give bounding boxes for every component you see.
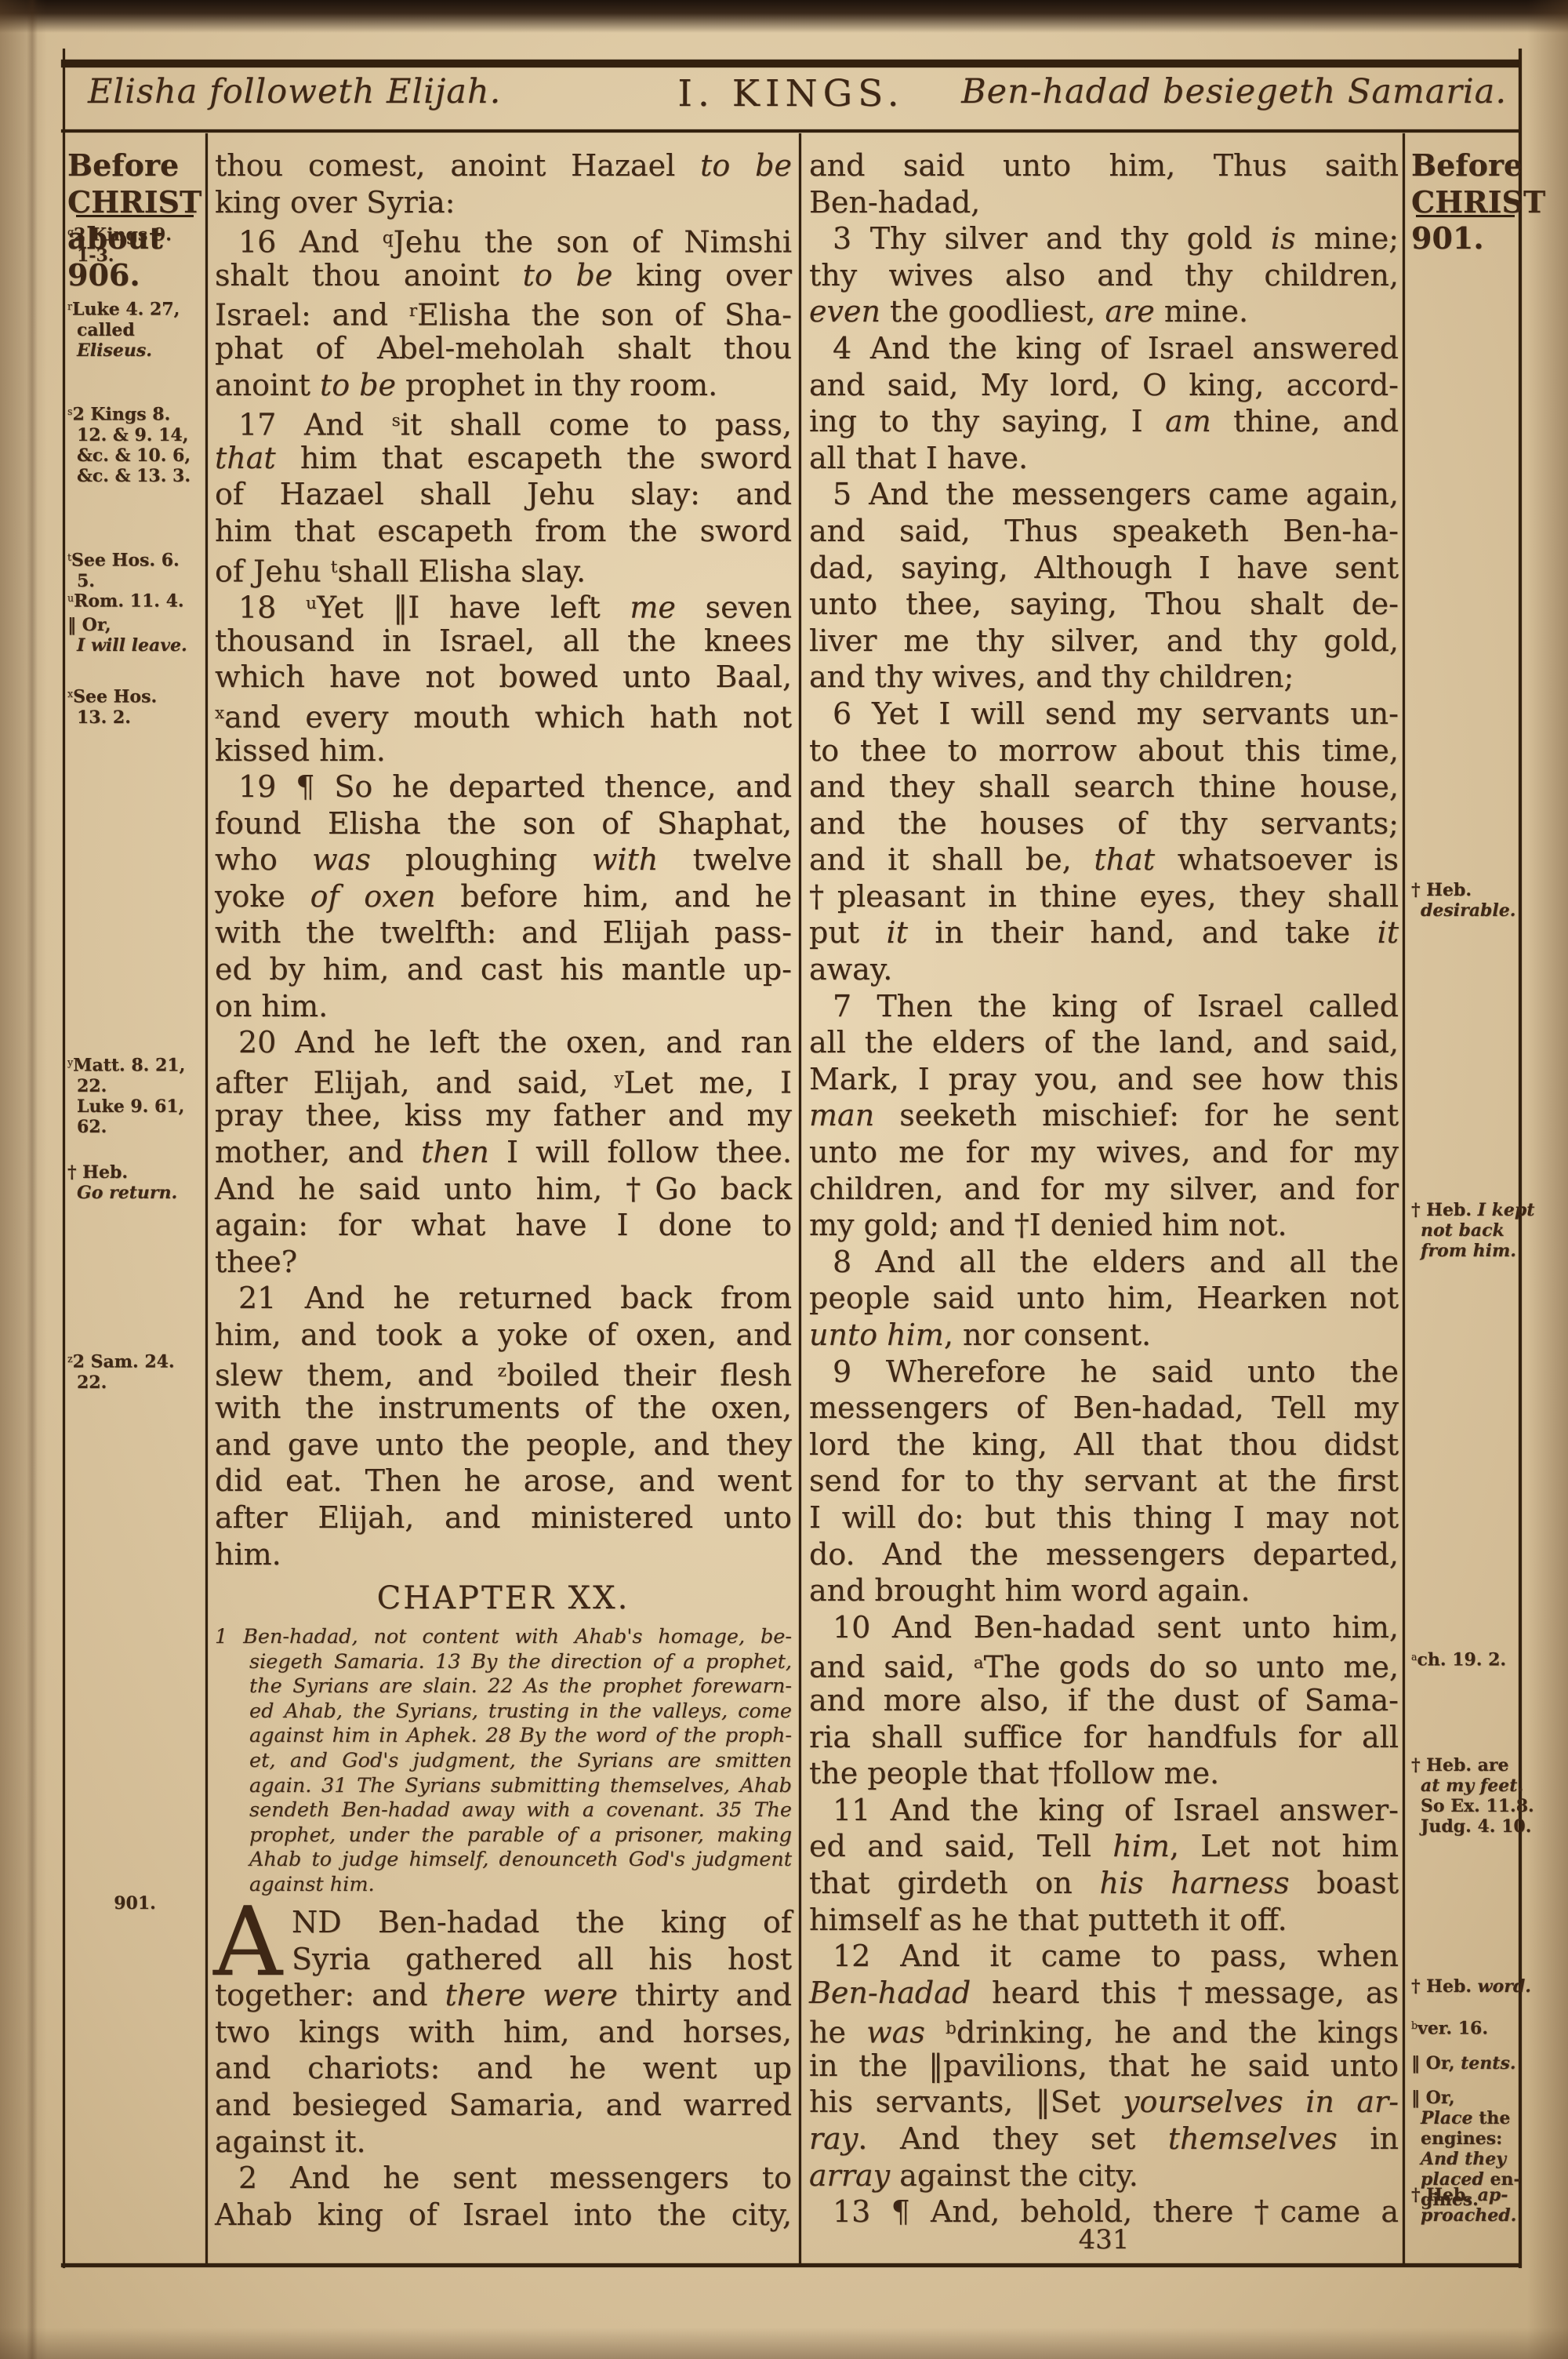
text-line: 2 And he sent messengers to xyxy=(215,2160,792,2197)
margin-note-line: ‖ Or, xyxy=(1411,2088,1521,2108)
text-line: Before xyxy=(67,147,202,184)
margin-note-line: I will leave. xyxy=(67,635,187,656)
text-line: in the ‖pavilions, that he said unto xyxy=(809,2048,1399,2085)
margin-note: ‖ Or, tents. xyxy=(1411,2053,1516,2074)
right-margin-divider-rule xyxy=(1403,133,1405,2265)
text-line: all the elders of the land, and said, xyxy=(809,1024,1399,1061)
text-line: unto me for my wives, and for my xyxy=(809,1134,1399,1171)
text-line: and said, Thus speaketh Ben-ha- xyxy=(809,513,1399,550)
margin-note-line: Eliseus. xyxy=(67,340,180,361)
text-line: of Jehu tshall Elisha slay. xyxy=(215,550,792,587)
bottom-frame-rule xyxy=(61,2263,1521,2267)
text-line: and thy wives, and thy children; xyxy=(809,659,1399,696)
text-line: against it. xyxy=(215,2124,792,2161)
text-line: send for to thy servant at the first xyxy=(809,1463,1399,1499)
margin-note-line: 13. 2. xyxy=(67,707,157,728)
text-line: do. And the messengers departed, xyxy=(809,1536,1399,1573)
text-line: 5 And the messengers came again, xyxy=(809,476,1399,513)
margin-note: s2 Kings 8.12. & 9. 14,&c. & 10. 6,&c. &… xyxy=(67,402,191,486)
text-line: ed by him, and cast his mantle up- xyxy=(215,951,792,988)
text-line: to thee to morrow about this time, xyxy=(809,732,1399,769)
text-line: 17 And sit shall come to pass, xyxy=(215,403,792,440)
margin-note-line: † Heb. xyxy=(1411,880,1515,900)
text-line: Ben-hadad heard this †message, as xyxy=(809,1975,1399,2012)
margin-note: tSee Hos. 6.5. xyxy=(67,547,180,591)
margin-note-line: So Ex. 11.8. xyxy=(1411,1796,1534,1816)
text-line: ing to thy saying, I am thine, and xyxy=(809,403,1399,440)
margin-note: q2 Kings 9.1-3. xyxy=(67,222,172,266)
text-line: two kings with him, and horses, xyxy=(215,2014,792,2051)
text-line: 16 And qJehu the son of Nimshi xyxy=(215,220,792,257)
text-line: ed and said, Tell him, Let not him xyxy=(809,1828,1399,1865)
text-line: with the instruments of the oxen, xyxy=(215,1390,792,1427)
text-line: Syria gathered all his host xyxy=(215,1941,792,1978)
margin-note: rLuke 4. 27,calledEliseus. xyxy=(67,296,180,361)
margin-note: uRom. 11. 4. xyxy=(67,588,184,612)
text-line: the people that †follow me. xyxy=(809,1755,1399,1792)
margin-note-line: 12. & 9. 14, xyxy=(67,425,191,445)
text-line: phat of Abel-meholah shalt thou xyxy=(215,330,792,367)
margin-note-line: 1-3. xyxy=(67,245,172,266)
margin-note-line: xSee Hos. xyxy=(67,684,157,707)
text-line: and said, My lord, O king, accord- xyxy=(809,367,1399,404)
left-margin-notes-column: BeforeCHRISTabout 906. q2 Kings 9.1-3.rL… xyxy=(67,0,202,2359)
running-header-right: Ben-hadad besiegeth Samaria. xyxy=(61,72,1507,111)
margin-note-line: ach. 19. 2. xyxy=(1411,1647,1506,1670)
text-line: Israel: and rElisha the son of Sha- xyxy=(215,293,792,330)
text-line: and it shall be, that whatsoever is xyxy=(809,841,1399,878)
left-margin-divider-rule xyxy=(205,133,208,2265)
text-line: kissed him. xyxy=(215,732,792,769)
text-line: thou comest, anoint Hazael to be xyxy=(215,147,792,184)
text-line: against him in Aphek. 28 By the word of … xyxy=(215,1724,792,1749)
margin-note-line: Luke 9. 61, xyxy=(67,1096,185,1117)
text-line: siegeth Samaria. 13 By the direction of … xyxy=(215,1650,792,1675)
text-line: Before xyxy=(1411,147,1519,184)
text-line: 18 uYet ‖I have left me seven xyxy=(215,586,792,623)
margin-note: † Heb.desirable. xyxy=(1411,880,1515,921)
text-line: that him that escapeth the sword xyxy=(215,440,792,477)
text-line: after Elijah, and ministered unto xyxy=(215,1499,792,1536)
margin-note-line: from him. xyxy=(1411,1241,1534,1261)
margin-note-line: 62. xyxy=(67,1117,185,1137)
text-line: 19 ¶ So he departed thence, and xyxy=(215,769,792,805)
text-line: children, and for my silver, and for xyxy=(809,1171,1399,1208)
text-line: ed Ahab, the Syrians, trusting in the va… xyxy=(215,1699,792,1725)
margin-note: † Heb. ap-proached. xyxy=(1411,2185,1516,2226)
margin-note-line: And they xyxy=(1411,2149,1521,2169)
text-line: together: and there were thirty and xyxy=(215,1977,792,2014)
text-line: array against the city. xyxy=(809,2157,1399,2194)
before-christ-rule-left xyxy=(76,215,194,217)
text-line: put it in their hand, and take it xyxy=(809,914,1399,951)
margin-note-line: † Heb. word. xyxy=(1411,1976,1531,1997)
paper-crease xyxy=(27,0,38,2359)
text-line: 11 And the king of Israel answer- xyxy=(809,1792,1399,1829)
margin-note-line: ‖ Or, xyxy=(67,615,187,635)
right-text-column: and said unto him, Thus saithBen-hadad,3… xyxy=(809,147,1399,2230)
text-line: and chariots: and he went up xyxy=(215,2050,792,2087)
top-frame-rule xyxy=(61,60,1521,67)
text-line: and said unto him, Thus saith xyxy=(809,147,1399,184)
right-margin-notes-column: BeforeCHRIST901. † Heb.desirable.† Heb. … xyxy=(1411,0,1519,2359)
margin-note-line: ‖ Or, tents. xyxy=(1411,2053,1516,2074)
text-line: 7 Then the king of Israel called xyxy=(809,988,1399,1025)
text-line: and said, aThe gods do so unto me, xyxy=(809,1645,1399,1682)
margin-note-line: tSee Hos. 6. xyxy=(67,547,180,571)
text-line: against him. xyxy=(215,1873,792,1898)
text-line: slew them, and zboiled their flesh xyxy=(215,1354,792,1390)
text-line: I will do: but this thing I may not xyxy=(809,1499,1399,1536)
text-line: the Syrians are slain. 22 As the prophet… xyxy=(215,1674,792,1699)
text-line: him. xyxy=(215,1536,792,1573)
text-line: all that I have. xyxy=(809,440,1399,477)
text-line: yoke of oxen before him, and he xyxy=(215,878,792,915)
text-line: lord the king, All that thou didst xyxy=(809,1427,1399,1463)
margin-note: 901. xyxy=(67,1893,202,1914)
text-line: 12 And it came to pass, when xyxy=(809,1938,1399,1975)
text-line: 21 And he returned back from xyxy=(215,1280,792,1317)
text-line: †pleasant in thine eyes, they shall xyxy=(809,878,1399,915)
margin-note-line: desirable. xyxy=(1411,900,1515,921)
text-line: ria shall suffice for handfuls for all xyxy=(809,1719,1399,1756)
text-line: on him. xyxy=(215,988,792,1025)
margin-note-line: called xyxy=(67,320,180,340)
margin-note-line: engines: xyxy=(1411,2128,1521,2149)
margin-note-line: 22. xyxy=(67,1076,185,1096)
margin-note: † Heb. areat my feet.So Ex. 11.8.Judg. 4… xyxy=(1411,1755,1534,1837)
text-line: 20 And he left the oxen, and ran xyxy=(215,1024,792,1061)
text-line: shalt thou anoint to be king over xyxy=(215,257,792,294)
margin-note: ‖ Or,I will leave. xyxy=(67,615,187,656)
margin-note: † Heb. I keptnot backfrom him. xyxy=(1411,1200,1534,1261)
photo-bottom-shadow xyxy=(0,2328,1568,2359)
text-line: messengers of Ben-hadad, Tell my xyxy=(809,1390,1399,1427)
text-line: unto thee, saying, Thou shalt de- xyxy=(809,586,1399,623)
text-line: anoint to be prophet in thy room. xyxy=(215,367,792,404)
text-line: he was bdrinking, he and the kings xyxy=(809,2011,1399,2048)
margin-note-line: uRom. 11. 4. xyxy=(67,588,184,612)
text-line: and besieged Samaria, and warred xyxy=(215,2087,792,2124)
text-line: and more also, if the dust of Sama- xyxy=(809,1682,1399,1719)
margin-note-line: Place the xyxy=(1411,2108,1521,2128)
text-line: pray thee, kiss my father and my xyxy=(215,1097,792,1134)
margin-note: bver. 16. xyxy=(1411,2016,1488,2039)
margin-note-line: Go return. xyxy=(67,1183,177,1203)
margin-note: ach. 19. 2. xyxy=(1411,1647,1506,1670)
text-line: 8 And all the elders and all the xyxy=(809,1244,1399,1281)
text-line: ND Ben-hadad the king of xyxy=(215,1904,792,1941)
column-divider-rule xyxy=(799,133,801,2265)
margin-note-line: † Heb. xyxy=(67,1162,177,1183)
margin-note-line: 22. xyxy=(67,1372,175,1393)
text-line: after Elijah, and said, yLet me, I xyxy=(215,1061,792,1098)
page-number: 431 xyxy=(809,2224,1399,2255)
photo-left-shadow xyxy=(0,0,47,2359)
text-line: that girdeth on his harness boast xyxy=(809,1865,1399,1902)
text-line: again. 31 The Syrians submitting themsel… xyxy=(215,1774,792,1799)
header-underline-rule xyxy=(61,129,1521,133)
text-line: unto him, nor consent. xyxy=(809,1317,1399,1354)
margin-note-line: at my feet. xyxy=(1411,1776,1534,1796)
text-line: Ahab king of Israel into the city, xyxy=(215,2197,792,2234)
text-line: ray. And they set themselves in xyxy=(809,2121,1399,2157)
margin-note-line: Judg. 4. 10. xyxy=(1411,1816,1534,1837)
text-line: even the goodliest, are mine. xyxy=(809,293,1399,330)
margin-note: † Heb. word. xyxy=(1411,1976,1531,1997)
margin-note-line: z2 Sam. 24. xyxy=(67,1349,175,1372)
text-line: people said unto him, Hearken not xyxy=(809,1280,1399,1317)
margin-note-line: rLuke 4. 27, xyxy=(67,296,180,320)
text-line: my gold; and †I denied him not. xyxy=(809,1207,1399,1244)
text-line: which have not bowed unto Baal, xyxy=(215,659,792,696)
text-line: him that escapeth from the sword xyxy=(215,513,792,550)
text-line: king over Syria: xyxy=(215,184,792,221)
text-line: and brought him word again. xyxy=(809,1572,1399,1609)
margin-note-line: † Heb. I kept xyxy=(1411,1200,1534,1220)
text-line: 3 Thy silver and thy gold is mine; xyxy=(809,220,1399,257)
text-line: 9 Wherefore he said unto the xyxy=(809,1354,1399,1390)
margin-note-line: q2 Kings 9. xyxy=(67,222,172,245)
text-line: did eat. Then he arose, and went xyxy=(215,1463,792,1499)
margin-note-line: s2 Kings 8. xyxy=(67,402,191,425)
text-line: Ahab to judge himself, denounceth God's … xyxy=(215,1848,792,1873)
text-line: Mark, I pray you, and see how this xyxy=(809,1061,1399,1098)
chapter-heading: CHAPTER XX. xyxy=(215,1578,792,1619)
text-line: found Elisha the son of Shaphat, xyxy=(215,805,792,842)
text-line: 10 And Ben-hadad sent unto him, xyxy=(809,1609,1399,1646)
text-line: et, and God's judgment, the Syrians are … xyxy=(215,1749,792,1774)
margin-note-line: not back xyxy=(1411,1220,1534,1241)
margin-note: z2 Sam. 24.22. xyxy=(67,1349,175,1393)
text-line: of Hazael shall Jehu slay: and xyxy=(215,476,792,513)
text-line: dad, saying, Although I have sent xyxy=(809,550,1399,587)
text-line: 901. xyxy=(1411,220,1519,257)
text-line: again: for what have I done to xyxy=(215,1207,792,1244)
margin-note-line: proached. xyxy=(1411,2205,1516,2226)
before-christ-rule-right xyxy=(1416,215,1515,217)
text-line: who was ploughing with twelve xyxy=(215,841,792,878)
margin-note: yMatt. 8. 21,22.Luke 9. 61,62. xyxy=(67,1052,185,1137)
text-line: 4 And the king of Israel answered xyxy=(809,330,1399,367)
text-line: liver me thy silver, and thy gold, xyxy=(809,623,1399,660)
margin-note: † Heb.Go return. xyxy=(67,1162,177,1203)
margin-note-line: yMatt. 8. 21, xyxy=(67,1052,185,1076)
text-line: xand every mouth which hath not xyxy=(215,696,792,732)
text-line: him, and took a yoke of oxen, and xyxy=(215,1317,792,1354)
photo-right-shadow xyxy=(1527,0,1568,2359)
photo-top-shadow xyxy=(0,0,1568,33)
text-line: thousand in Israel, all the knees xyxy=(215,623,792,660)
text-line: thy wives also and thy children, xyxy=(809,257,1399,294)
left-column-verse-1-block: ND Ben-hadad the king ofSyria gathered a… xyxy=(215,1904,792,2233)
text-line: prophet, under the parable of a prisoner… xyxy=(215,1823,792,1848)
text-line: mother, and then I will follow thee. xyxy=(215,1134,792,1171)
left-text-column: thou comest, anoint Hazael to beking ove… xyxy=(215,147,792,1572)
left-frame-rule xyxy=(63,49,65,2268)
margin-note-line: † Heb. ap- xyxy=(1411,2185,1516,2205)
text-line: and the houses of thy servants; xyxy=(809,805,1399,842)
text-line: Ben-hadad, xyxy=(809,184,1399,221)
text-line: And he said unto him, †Go back xyxy=(215,1171,792,1208)
text-line: and gave unto the people, and they xyxy=(215,1427,792,1463)
chapter-summary: 1 Ben-hadad, not content with Ahab's hom… xyxy=(215,1625,792,1898)
text-line: 6 Yet I will send my servants un- xyxy=(809,696,1399,732)
text-line: himself as he that putteth it off. xyxy=(809,1902,1399,1939)
text-line: thee? xyxy=(215,1244,792,1281)
margin-note-line: bver. 16. xyxy=(1411,2016,1488,2039)
scanned-bible-page: Elisha followeth Elijah. I. KINGS. Ben-h… xyxy=(0,0,1568,2359)
text-line: sendeth Ben-hadad away with a covenant. … xyxy=(215,1798,792,1823)
margin-note-line: † Heb. are xyxy=(1411,1755,1534,1776)
margin-note-line: &c. & 13. 3. xyxy=(67,466,191,486)
text-line: his servants, ‖Set yourselves in ar- xyxy=(809,2084,1399,2121)
text-line: and they shall search thine house, xyxy=(809,769,1399,805)
text-line: away. xyxy=(809,951,1399,988)
margin-note-line: 901. xyxy=(67,1893,202,1914)
margin-note: xSee Hos.13. 2. xyxy=(67,684,157,728)
before-christ-date-right: BeforeCHRIST901. xyxy=(1411,147,1519,257)
text-line: 1 Ben-hadad, not content with Ahab's hom… xyxy=(215,1625,792,1650)
text-line: with the twelfth: and Elijah pass- xyxy=(215,914,792,951)
margin-note-line: &c. & 10. 6, xyxy=(67,445,191,466)
text-line: man seeketh mischief: for he sent xyxy=(809,1097,1399,1134)
